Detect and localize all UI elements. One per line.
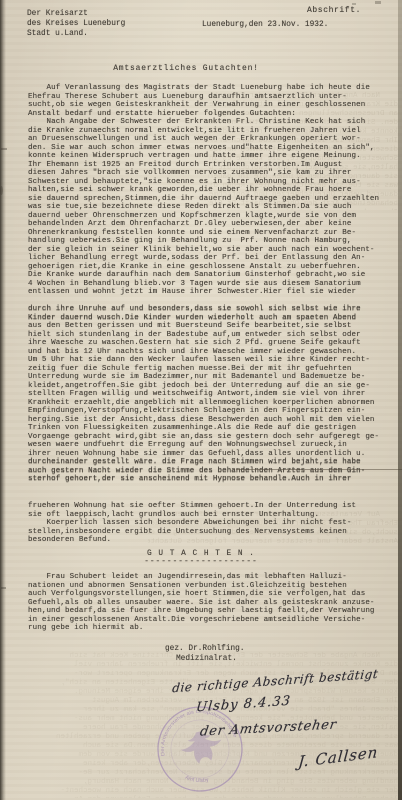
verdict-heading: G U T A C H T E N . <box>0 550 402 558</box>
fold-line <box>236 469 402 470</box>
typed-signature-title: Medizinalrat. <box>176 655 237 663</box>
dateline: Lueneburg,den 23.Nov. 1932. <box>202 21 328 29</box>
paragraph-observation-end: durcheinander gestellt wäre. die Frage n… <box>28 458 379 484</box>
blank-line <box>28 297 379 306</box>
scan-edge-right <box>398 0 402 800</box>
typed-signature-name: gez. Dr.Rohlfing. <box>165 645 245 653</box>
copy-label: Abschrift. <box>307 6 361 15</box>
paragraph-intro: Auf Veranlassung des Magistrats der Stad… <box>28 84 379 118</box>
margin-mark <box>0 186 3 195</box>
paper-speck <box>375 1 381 4</box>
verdict-heading-underline: -------------------- <box>0 558 402 566</box>
sender-address: Der Kreisarzt des Kreises Lueneburg Stad… <box>27 9 125 39</box>
paragraph-observation-start: durch ihre Unruhe auf und besonders,dass… <box>28 305 379 322</box>
scan-edge-left <box>0 0 6 800</box>
paper-speck <box>352 3 356 5</box>
paragraph-verdict: Frau Schubert leidet an Jugendirresein,d… <box>28 573 375 633</box>
handwritten-signature: J. Callsen <box>297 743 379 771</box>
paragraph-observation: aus den Betten gerissen und mit Buersteu… <box>28 322 379 458</box>
official-round-stamp: Der Amtsvorsteher als Ortspolizeibehörde… <box>152 701 248 797</box>
margin-mark <box>1 148 7 150</box>
paragraph-anamnesis: Nach Angabe der Schwester der Erkrankten… <box>28 118 379 297</box>
main-text-column: Auf Veranlassung des Magistrats der Stad… <box>28 84 379 484</box>
scanned-document-page: Nach Angabe der Schwester der Erkrankten… <box>0 0 402 800</box>
margin-mark <box>1 587 6 589</box>
document-title: Amtsaerztliches Gutachten! <box>0 64 372 73</box>
paragraph-findings: frueheren Wohnung hat sie oefter Stimmen… <box>28 502 356 545</box>
handwritten-certification: die richtige Abschrift bestätigt <box>172 667 380 696</box>
